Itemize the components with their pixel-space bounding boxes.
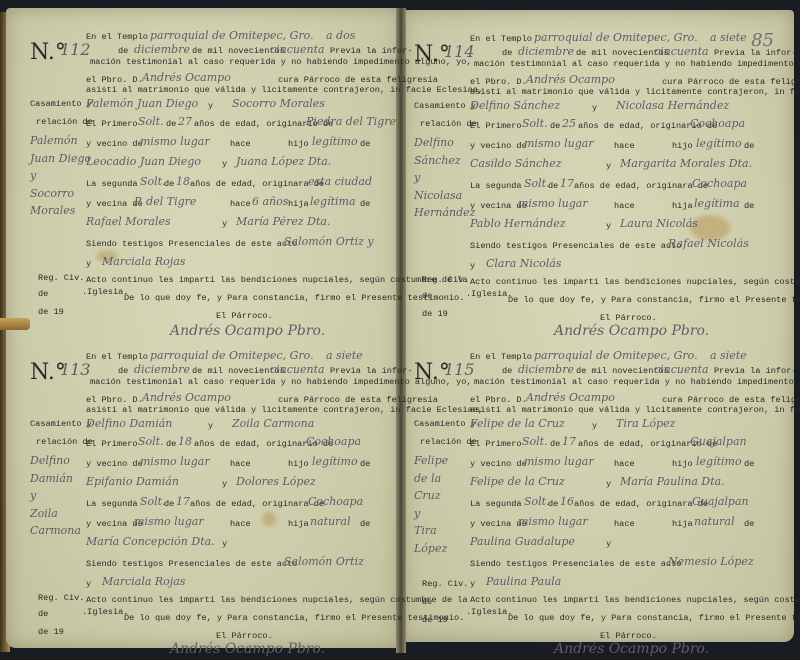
label-cura: cura Párroco de esta feligresía: [662, 396, 800, 405]
margin-name: Socorro: [30, 185, 91, 203]
label-de-age: de: [550, 440, 560, 449]
field-bride-filiation: legítima: [310, 196, 356, 207]
entry-number: 114: [444, 44, 475, 60]
field-groom-filiation: legítimo: [312, 456, 358, 467]
field-groom-father: Epifanio Damián: [86, 476, 179, 487]
label-previa: Previa la infor-: [714, 49, 797, 58]
label-primero: El Primero: [470, 440, 522, 449]
marriage-entry: N.° 114 En el Templo parroquial de Omite…: [414, 30, 784, 330]
margin-name: Delfino: [30, 452, 81, 470]
field-groom-age: 18: [178, 436, 192, 447]
field-groom-origin: Cochoapa: [690, 118, 745, 129]
field-bride-hace: 6 años: [252, 196, 288, 207]
label-de-age: de: [166, 120, 176, 129]
field-bride-origin: esta ciudad: [308, 176, 372, 187]
label-de: de: [118, 367, 128, 376]
label-informacion: mación testimonial al caso requerida y n…: [474, 378, 800, 387]
label-iglesia: .Iglesia.: [82, 288, 128, 297]
label-y: y: [606, 540, 611, 549]
margin-name: y: [30, 167, 91, 185]
field-bride-age: 18: [176, 176, 190, 187]
field-groom-age: 17: [562, 436, 576, 447]
margin-name: Zoila: [30, 505, 81, 523]
label-primero: El Primero: [470, 122, 522, 131]
label-iglesia: .Iglesia.: [82, 608, 128, 617]
label-acto: Acto continuo les impartí las bendicione…: [86, 276, 468, 285]
label-acto: Acto continuo les impartí las bendicione…: [86, 596, 468, 605]
field-bride-status: Solt.: [140, 176, 166, 187]
entry-number: 112: [60, 42, 91, 58]
label-iglesia: .Iglesia.: [466, 290, 512, 299]
label-previa: Previa la infor-: [330, 47, 413, 56]
label-y: y: [222, 540, 227, 549]
label-pbro: el Pbro. D.: [470, 396, 527, 405]
margin-de: de: [422, 598, 432, 607]
field-year: cincuenta: [654, 364, 709, 375]
field-groom-mother: Dolores López: [236, 476, 316, 487]
field-priest: Andrés Ocampo: [526, 392, 615, 403]
field-priest: Andrés Ocampo: [142, 72, 231, 83]
label-originara: años de edad, originara de: [574, 182, 708, 191]
field-bride-origin: Cochoapa: [308, 496, 363, 507]
label-originara: años de edad, originara de: [190, 180, 324, 189]
margin-name: Tira: [414, 522, 448, 540]
marriage-entry: N.° 113 En el Templo parroquial de Omite…: [30, 348, 400, 648]
label-hija: hija: [672, 202, 693, 211]
field-groom-mother: María Paulina Dta.: [620, 476, 725, 487]
priest-signature: Andrés Ocampo Pbro.: [554, 642, 709, 656]
field-witness-2: Marciala Rojas: [102, 256, 185, 267]
field-witness-1: Nemesio López: [668, 556, 754, 567]
label-de-age: de: [548, 182, 558, 191]
field-day: a siete: [326, 350, 363, 361]
label-hija: hija: [288, 200, 309, 209]
field-place: parroquial de Omitepec, Gro.: [534, 350, 698, 361]
margin-relacion: relación de: [420, 438, 477, 447]
label-vecino: y vecino de: [86, 460, 143, 469]
label-asisti: asistí al matrimonio que válida y lícita…: [470, 88, 800, 97]
field-bride-father: Rafael Morales: [86, 216, 171, 227]
margin-relacion: relación de: [36, 438, 93, 447]
field-place: parroquial de Omitepec, Gro.: [534, 32, 698, 43]
margin-reg-civ: Reg. Civ.: [422, 276, 468, 285]
label-hijo: hijo: [672, 460, 693, 469]
margin-name: López: [414, 540, 448, 558]
label-originara: años de edad, originara de: [574, 500, 708, 509]
margin-de-19: de 19: [38, 628, 64, 637]
label-y: y: [470, 580, 475, 589]
field-groom-father: Casildo Sánchez: [470, 158, 562, 169]
label-hace: hace: [614, 460, 635, 469]
field-bride-father: Pablo Hernández: [470, 218, 566, 229]
label-temple: En el Templo: [470, 353, 532, 362]
field-priest: Andrés Ocampo: [142, 392, 231, 403]
field-bride-status: Solt.: [524, 178, 550, 189]
margin-name: Nicolasa: [414, 187, 475, 205]
field-groom-age: 27: [178, 116, 192, 127]
label-segunda: La segunda: [470, 182, 522, 191]
field-year: cincuenta: [654, 46, 709, 57]
margin-name: de la: [414, 470, 448, 488]
field-month: diciembre: [134, 364, 190, 375]
margin-names: Felipe de la Cruz y Tira López: [414, 452, 448, 558]
label-primero: El Primero: [86, 120, 138, 129]
margin-name: Sánchez: [414, 152, 475, 170]
margin-casamiento: Casamiento y: [30, 420, 92, 429]
field-day: a siete: [710, 32, 747, 43]
margin-de: de: [38, 290, 48, 299]
margin-reg-civ: Reg. Civ.: [38, 594, 84, 603]
field-groom-filiation: legítimo: [312, 136, 358, 147]
label-de-age: de: [548, 500, 558, 509]
label-iglesia: .Iglesia.: [466, 608, 512, 617]
field-month: diciembre: [134, 44, 190, 55]
field-bride-name: Tira López: [616, 418, 675, 429]
label-de-end: de: [360, 140, 370, 149]
label-segunda: La segunda: [470, 500, 522, 509]
field-place: parroquial de Omitepec, Gro.: [150, 30, 314, 41]
field-witness-1: Rafael Nicolás: [668, 238, 749, 249]
label-pbro: el Pbro. D.: [86, 396, 143, 405]
label-y: y: [606, 480, 611, 489]
label-previa: Previa la infor-: [714, 367, 797, 376]
field-year: cincuenta: [270, 44, 325, 55]
margin-name: Damián: [30, 470, 81, 488]
label-hace: hace: [614, 520, 635, 529]
field-groom-origin: Piedra del Tigre: [306, 116, 396, 127]
margin-names: Palemón Juan Diego y Socorro Morales: [30, 132, 91, 220]
field-bride-age: 17: [560, 178, 574, 189]
label-acto: Acto continuo les impartí las bendicione…: [470, 278, 800, 287]
margin-name: Palemón: [30, 132, 91, 150]
label-testigos: Siendo testigos Presenciales de este act…: [86, 240, 297, 249]
label-de: de: [118, 47, 128, 56]
label-de-age: de: [550, 122, 560, 131]
margin-relacion: relación de: [36, 118, 93, 127]
margin-reg-civ: Reg. Civ.: [422, 580, 468, 589]
field-groom-father: Leocadio Juan Diego: [86, 156, 201, 167]
margin-name: y: [414, 505, 448, 523]
label-y: y: [222, 480, 227, 489]
label-de-end: de: [744, 202, 754, 211]
priest-signature: Andrés Ocampo Pbro.: [170, 642, 325, 656]
label-y: y: [606, 162, 611, 171]
field-bride-status: Solt.: [140, 496, 166, 507]
label-hace: hace: [614, 202, 635, 211]
label-y: y: [86, 580, 91, 589]
field-witness-2: Clara Nicolás: [486, 258, 561, 269]
label-y: y: [592, 422, 597, 431]
label-y: y: [222, 220, 227, 229]
field-witness-1: Salomón Ortiz: [284, 556, 364, 567]
priest-signature: Andrés Ocampo Pbro.: [554, 324, 709, 338]
margin-name: Morales: [30, 202, 91, 220]
field-bride-filiation: legítima: [694, 198, 740, 209]
label-vecino: y vecino de: [470, 460, 527, 469]
label-testigos: Siendo testigos Presenciales de este act…: [470, 560, 681, 569]
field-bride-age: 17: [176, 496, 190, 507]
field-bride-filiation: natural: [694, 516, 734, 527]
field-bride-name: Nicolasa Hernández: [616, 100, 729, 111]
field-year: cincuenta: [270, 364, 325, 375]
margin-casamiento: Casamiento y: [414, 102, 476, 111]
field-groom-residence: mismo lugar: [140, 136, 210, 147]
label-cura: cura Párroco de esta feligresía: [662, 78, 800, 87]
field-bride-residence: mismo lugar: [518, 516, 588, 527]
field-bride-father: María Concepción Dta.: [86, 536, 215, 547]
label-hijo: hijo: [672, 142, 693, 151]
field-month: diciembre: [518, 364, 574, 375]
field-bride-residence: mismo lugar: [518, 198, 588, 209]
margin-name: Felipe: [414, 452, 448, 470]
label-y: y: [592, 104, 597, 113]
label-primero: El Primero: [86, 440, 138, 449]
field-witness-1: Salomón Ortiz y: [284, 236, 374, 247]
margin-name: Juan Diego: [30, 150, 91, 168]
label-hijo: hijo: [288, 140, 309, 149]
margin-name: Hernández: [414, 204, 475, 222]
bookmark-ribbon: [0, 318, 30, 330]
label-de-end: de: [360, 200, 370, 209]
label-hija: hija: [672, 520, 693, 529]
label-hace: hace: [230, 460, 251, 469]
label-previa: Previa la infor-: [330, 367, 413, 376]
field-groom-status: Solt.: [138, 436, 164, 447]
marriage-entry: N.° 112 En el Templo parroquial de Omite…: [30, 28, 400, 328]
field-bride-residence: P. del Tigre: [134, 196, 196, 207]
field-bride-name: Zoila Carmona: [232, 418, 314, 429]
label-hace: hace: [230, 200, 251, 209]
field-bride-mother: Laura Nicolás: [620, 218, 698, 229]
label-hija: hija: [288, 520, 309, 529]
label-de-age: de: [166, 440, 176, 449]
margin-names: Delfino Damián y Zoila Carmona: [30, 452, 81, 540]
field-groom-name: Palemón Juan Diego: [86, 98, 198, 109]
field-groom-residence: mismo lugar: [524, 138, 594, 149]
field-groom-status: Solt.: [522, 436, 548, 447]
label-testigos: Siendo testigos Presenciales de este act…: [86, 560, 297, 569]
field-place: parroquial de Omitepec, Gro.: [150, 350, 314, 361]
label-de-end: de: [744, 520, 754, 529]
label-de-age: de: [164, 500, 174, 509]
field-bride-age: 16: [560, 496, 574, 507]
label-y: y: [208, 102, 213, 111]
field-groom-origin: Guajalpan: [690, 436, 747, 447]
margin-de: de: [38, 610, 48, 619]
entry-number: 113: [60, 362, 91, 378]
margin-relacion: relación de: [420, 120, 477, 129]
label-testigos: Siendo testigos Presenciales de este act…: [470, 242, 681, 251]
label-de-age: de: [164, 180, 174, 189]
label-hijo: hijo: [288, 460, 309, 469]
label-parroco: El Párroco.: [216, 632, 273, 641]
field-bride-filiation: natural: [310, 516, 350, 527]
field-bride-origin: Guajalpan: [692, 496, 749, 507]
label-hace: hace: [614, 142, 635, 151]
label-acto: Acto continuo les impartí las bendicione…: [470, 596, 800, 605]
label-vecino: y vecino de: [470, 142, 527, 151]
margin-casamiento: Casamiento y: [414, 420, 476, 429]
field-witness-2: Marciala Rojas: [102, 576, 185, 587]
field-groom-filiation: legítimo: [696, 138, 742, 149]
label-informacion: mación testimonial al caso requerida y n…: [474, 60, 800, 69]
margin-reg-civ: Reg. Civ.: [38, 274, 84, 283]
field-groom-age: 25: [562, 118, 576, 129]
label-parroco: El Párroco.: [216, 312, 273, 321]
label-pbro: el Pbro. D.: [86, 76, 143, 85]
label-y: y: [86, 260, 91, 269]
field-bride-mother: María Pérez Dta.: [236, 216, 330, 227]
label-doy-fe: De lo que doy fe, y Para constancia, fir…: [508, 614, 800, 623]
field-groom-name: Delfino Damián: [86, 418, 172, 429]
margin-de: de: [422, 292, 432, 301]
field-groom-status: Solt.: [522, 118, 548, 129]
label-pbro: el Pbro. D.: [470, 78, 527, 87]
field-priest: Andrés Ocampo: [526, 74, 615, 85]
label-de-end: de: [744, 142, 754, 151]
margin-names: Delfino Sánchez y Nicolasa Hernández: [414, 134, 475, 222]
label-hace: hace: [230, 520, 251, 529]
field-groom-father: Felipe de la Cruz: [470, 476, 565, 487]
label-de: de: [502, 49, 512, 58]
field-groom-mother: Juana López Dta.: [236, 156, 331, 167]
margin-name: y: [414, 169, 475, 187]
label-segunda: La segunda: [86, 500, 138, 509]
label-segunda: La segunda: [86, 180, 138, 189]
field-bride-residence: mismo lugar: [134, 516, 204, 527]
field-groom-residence: mismo lugar: [140, 456, 210, 467]
label-vecino: y vecino de: [86, 140, 143, 149]
label-parroco: El Párroco.: [600, 632, 657, 641]
label-de: de: [502, 367, 512, 376]
field-groom-mother: Margarita Morales Dta.: [620, 158, 752, 169]
field-groom-name: Delfino Sánchez: [470, 100, 560, 111]
label-de-end: de: [744, 460, 754, 469]
margin-de-19: de 19: [38, 308, 64, 317]
label-y: y: [222, 160, 227, 169]
field-groom-status: Solt.: [138, 116, 164, 127]
margin-name: Delfino: [414, 134, 475, 152]
field-groom-filiation: legítimo: [696, 456, 742, 467]
margin-casamiento: Casamiento y: [30, 100, 92, 109]
margin-de-19: de 19: [422, 310, 448, 319]
label-temple: En el Templo: [470, 35, 532, 44]
margin-name: Carmona: [30, 522, 81, 540]
field-bride-name: Socorro Morales: [232, 98, 325, 109]
priest-signature: Andrés Ocampo Pbro.: [170, 324, 325, 338]
field-bride-status: Solt.: [524, 496, 550, 507]
entry-number: 115: [444, 362, 475, 378]
field-groom-residence: mismo lugar: [524, 456, 594, 467]
field-bride-father: Paulina Guadalupe: [470, 536, 575, 547]
label-temple: En el Templo: [86, 33, 148, 42]
label-de-end: de: [360, 520, 370, 529]
label-de-end: de: [360, 460, 370, 469]
label-originara: años de edad, originara de: [190, 500, 324, 509]
label-temple: En el Templo: [86, 353, 148, 362]
field-bride-origin: Cochoapa: [692, 178, 747, 189]
field-day: a dos: [326, 30, 355, 41]
label-y: y: [606, 222, 611, 231]
label-asisti: asistí al matrimonio que válida y lícita…: [470, 406, 800, 415]
margin-name: y: [30, 487, 81, 505]
field-groom-name: Felipe de la Cruz: [470, 418, 565, 429]
label-parroco: El Párroco.: [600, 314, 657, 323]
field-month: diciembre: [518, 46, 574, 57]
marriage-entry: N.° 115 En el Templo parroquial de Omite…: [414, 348, 784, 648]
field-groom-origin: Cochoapa: [306, 436, 361, 447]
label-y: y: [470, 262, 475, 271]
margin-name: Cruz: [414, 487, 448, 505]
field-day: a siete: [710, 350, 747, 361]
label-doy-fe: De lo que doy fe, y Para constancia, fir…: [508, 296, 800, 305]
label-hace: hace: [230, 140, 251, 149]
margin-de-19: de 19: [422, 616, 448, 625]
label-y: y: [208, 422, 213, 431]
field-witness-2: Paulina Paula: [486, 576, 561, 587]
